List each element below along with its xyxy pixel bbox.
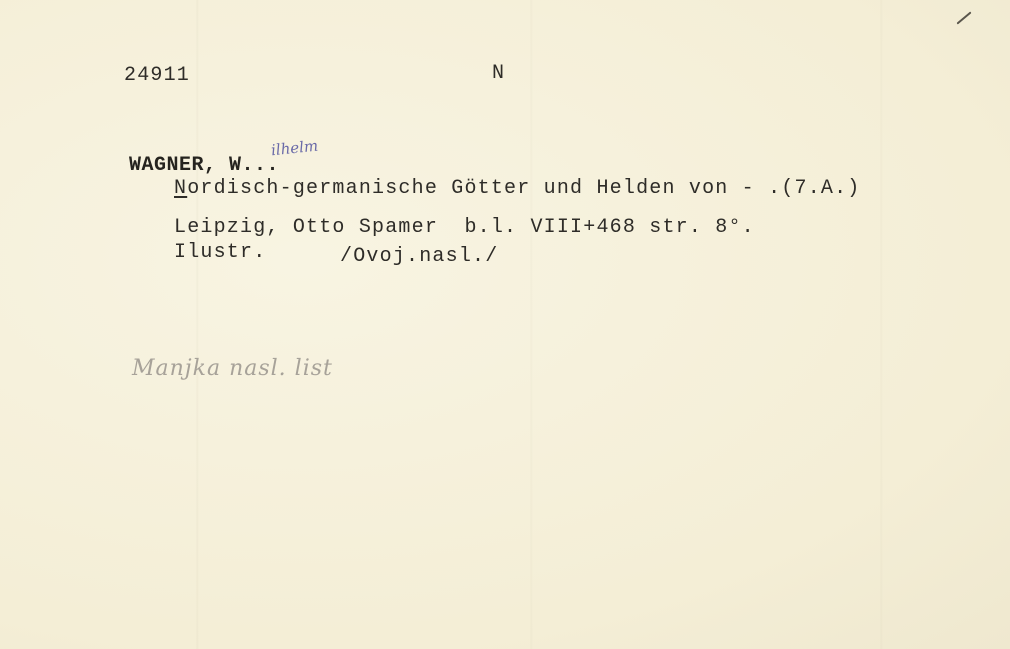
imprint-line: Leipzig, Otto Spamer b.l. VIII+468 str. …: [174, 218, 755, 238]
cover-title-note: /Ovoj.nasl./: [340, 247, 498, 267]
title-text: ordisch-germanische Götter und Helden vo…: [187, 177, 860, 200]
title-line: Nordisch-germanische Götter und Helden v…: [174, 179, 861, 199]
author-handwritten-completion: ilhelm: [270, 137, 319, 160]
illustrations-note: Ilustr.: [174, 243, 266, 263]
accession-number: 24911: [124, 66, 190, 86]
check-mark-icon: [956, 11, 971, 24]
classification-letter: N: [492, 64, 505, 84]
catalog-card: 24911 N WAGNER, W... ilhelm Nordisch-ger…: [0, 0, 1010, 649]
author-heading: WAGNER, W...: [129, 156, 279, 176]
title-first-letter: N: [174, 177, 187, 200]
pencil-note: Manjka nasl. list: [132, 356, 333, 381]
